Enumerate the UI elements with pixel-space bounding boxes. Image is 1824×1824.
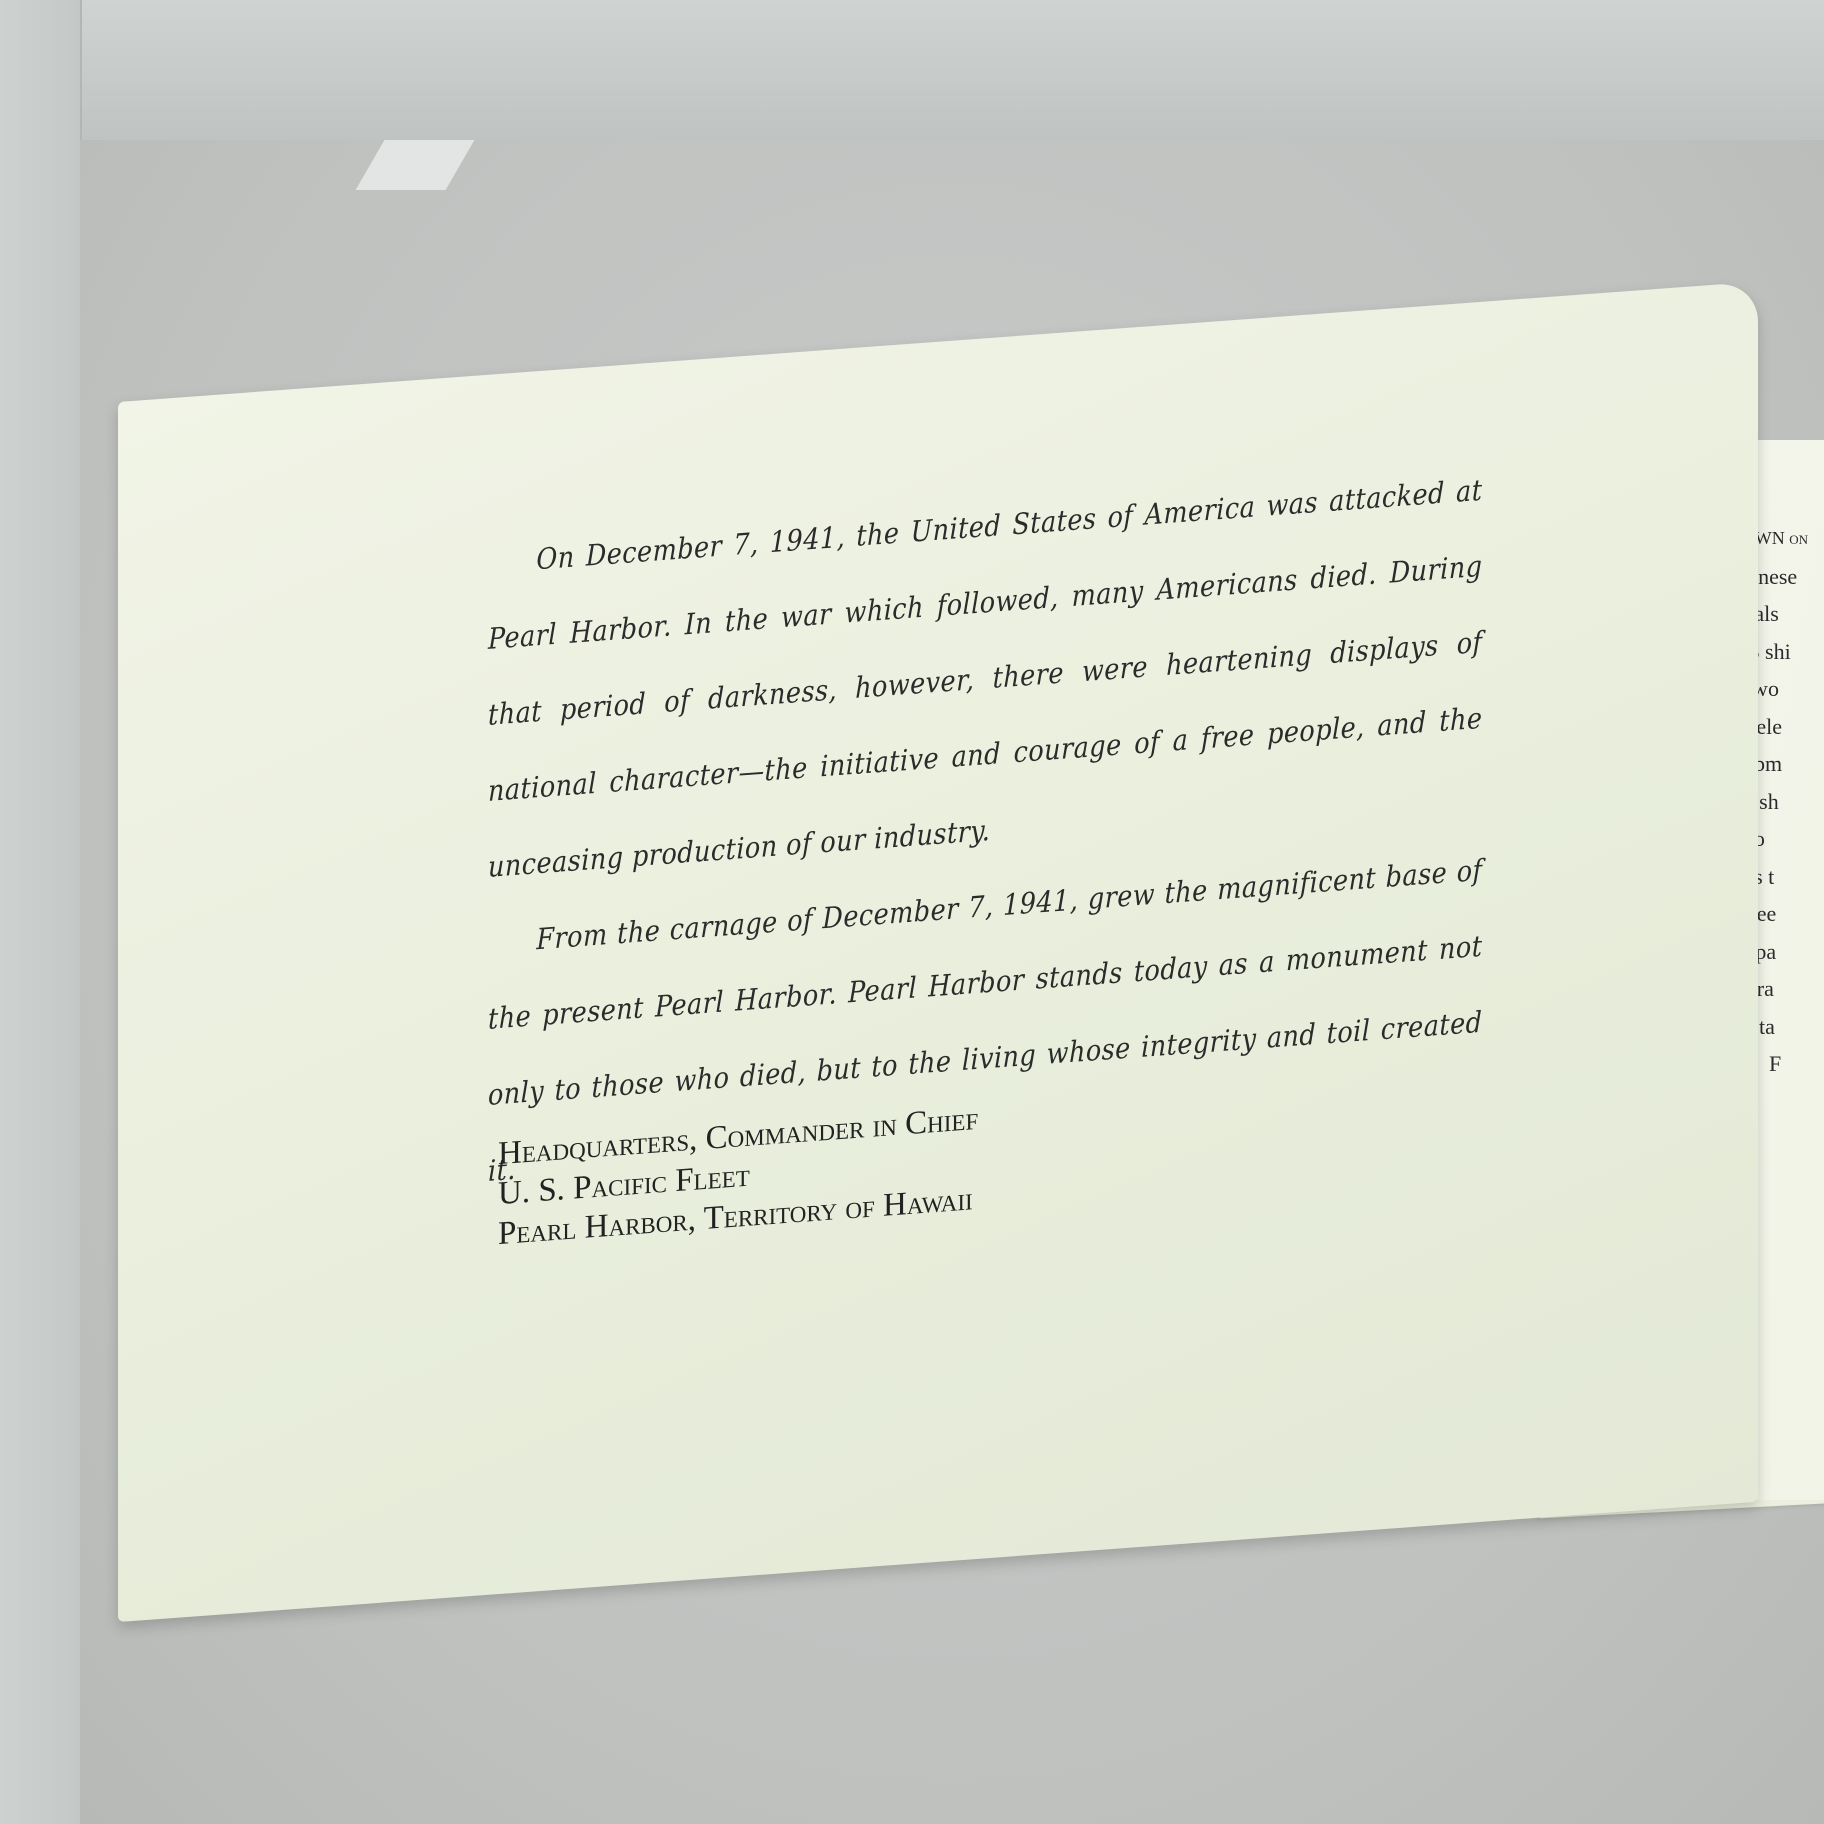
box-left-wall: [0, 0, 82, 1824]
box-back-wall: [0, 0, 1824, 142]
right-line: F: [1769, 1045, 1824, 1083]
right-line: ta: [1759, 1008, 1824, 1046]
right-line: cra: [1747, 970, 1824, 1008]
left-page: On December 7, 1941, the United States o…: [118, 282, 1758, 1622]
paragraph: On December 7, 1941, the United States o…: [488, 452, 1482, 905]
body-text: On December 7, 1941, the United States o…: [488, 452, 1482, 1209]
